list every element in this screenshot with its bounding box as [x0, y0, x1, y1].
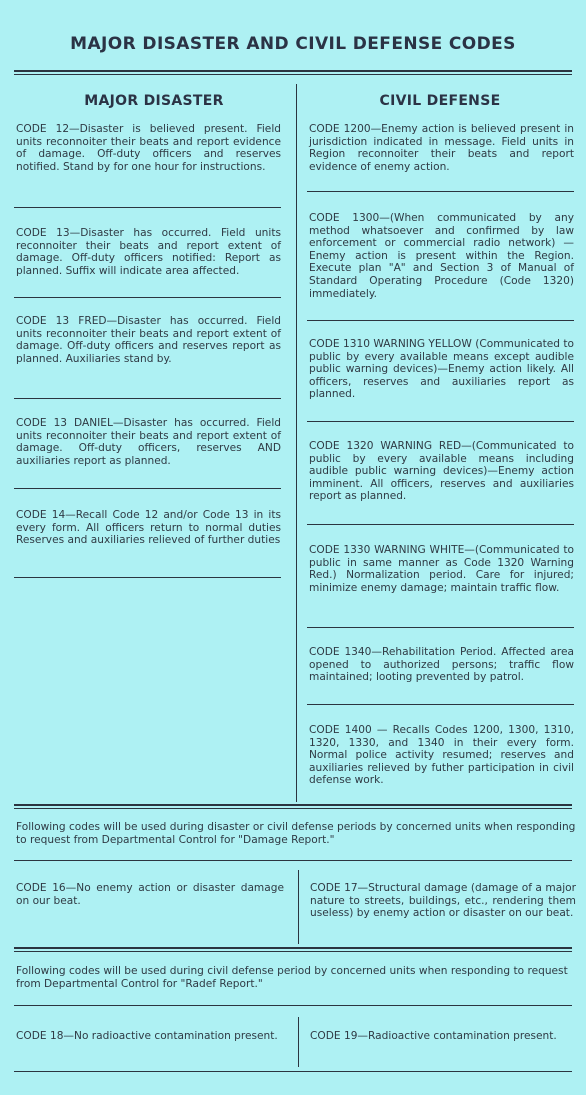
divider: [14, 860, 572, 861]
divider: [307, 320, 574, 321]
document-title: MAJOR DISASTER AND CIVIL DEFENSE CODES: [0, 34, 586, 54]
code-19-entry: CODE 19—Radioactive contamination presen…: [310, 1030, 576, 1043]
code-1310-entry: CODE 1310 WARNING YELLOW (Communicated t…: [309, 338, 574, 401]
code-14-entry: CODE 14—Recall Code 12 and/or Code 13 in…: [16, 509, 281, 547]
section-double-rule: [14, 947, 572, 952]
code-17-entry: CODE 17—Structural damage (damage of a m…: [310, 882, 576, 920]
title-double-rule: [14, 70, 572, 75]
code-1330-entry: CODE 1330 WARNING WHITE—(Communicated to…: [309, 544, 574, 594]
column-heading-major-disaster: MAJOR DISASTER: [14, 93, 294, 109]
radef-report-intro: Following codes will be used during civi…: [16, 965, 576, 990]
divider: [14, 207, 281, 208]
radef-report-divider: [298, 1017, 299, 1067]
damage-report-divider: [298, 870, 299, 944]
divider: [14, 1005, 572, 1006]
divider: [14, 297, 281, 298]
divider: [307, 524, 574, 525]
damage-report-intro: Following codes will be used during disa…: [16, 821, 576, 846]
code-1200-entry: CODE 1200—Enemy action is believed prese…: [309, 123, 574, 173]
code-13-daniel-entry: CODE 13 DANIEL—Disaster has occurred. Fi…: [16, 417, 281, 467]
divider: [307, 191, 574, 192]
code-1300-entry: CODE 1300—(When communicated by any meth…: [309, 212, 574, 300]
divider: [307, 421, 574, 422]
divider: [307, 627, 574, 628]
code-16-entry: CODE 16—No enemy action or disaster dama…: [16, 882, 284, 907]
code-18-entry: CODE 18—No radioactive contamination pre…: [16, 1030, 284, 1043]
divider: [14, 488, 281, 489]
column-divider: [296, 84, 297, 802]
code-12-entry: CODE 12—Disaster is believed present. Fi…: [16, 123, 281, 173]
divider: [307, 704, 574, 705]
code-1400-entry: CODE 1400 — Recalls Codes 1200, 1300, 13…: [309, 724, 574, 787]
code-13-entry: CODE 13—Disaster has occurred. Field uni…: [16, 227, 281, 277]
bottom-rule: [14, 1071, 572, 1072]
section-double-rule: [14, 804, 572, 809]
code-13-fred-entry: CODE 13 FRED—Disaster has occurred. Fiel…: [16, 315, 281, 365]
code-1320-entry: CODE 1320 WARNING RED—(Communicated to p…: [309, 440, 574, 503]
column-heading-civil-defense: CIVIL DEFENSE: [300, 93, 580, 109]
divider: [14, 577, 281, 578]
divider: [14, 398, 281, 399]
code-1340-entry: CODE 1340—Rehabilitation Period. Affecte…: [309, 646, 574, 684]
